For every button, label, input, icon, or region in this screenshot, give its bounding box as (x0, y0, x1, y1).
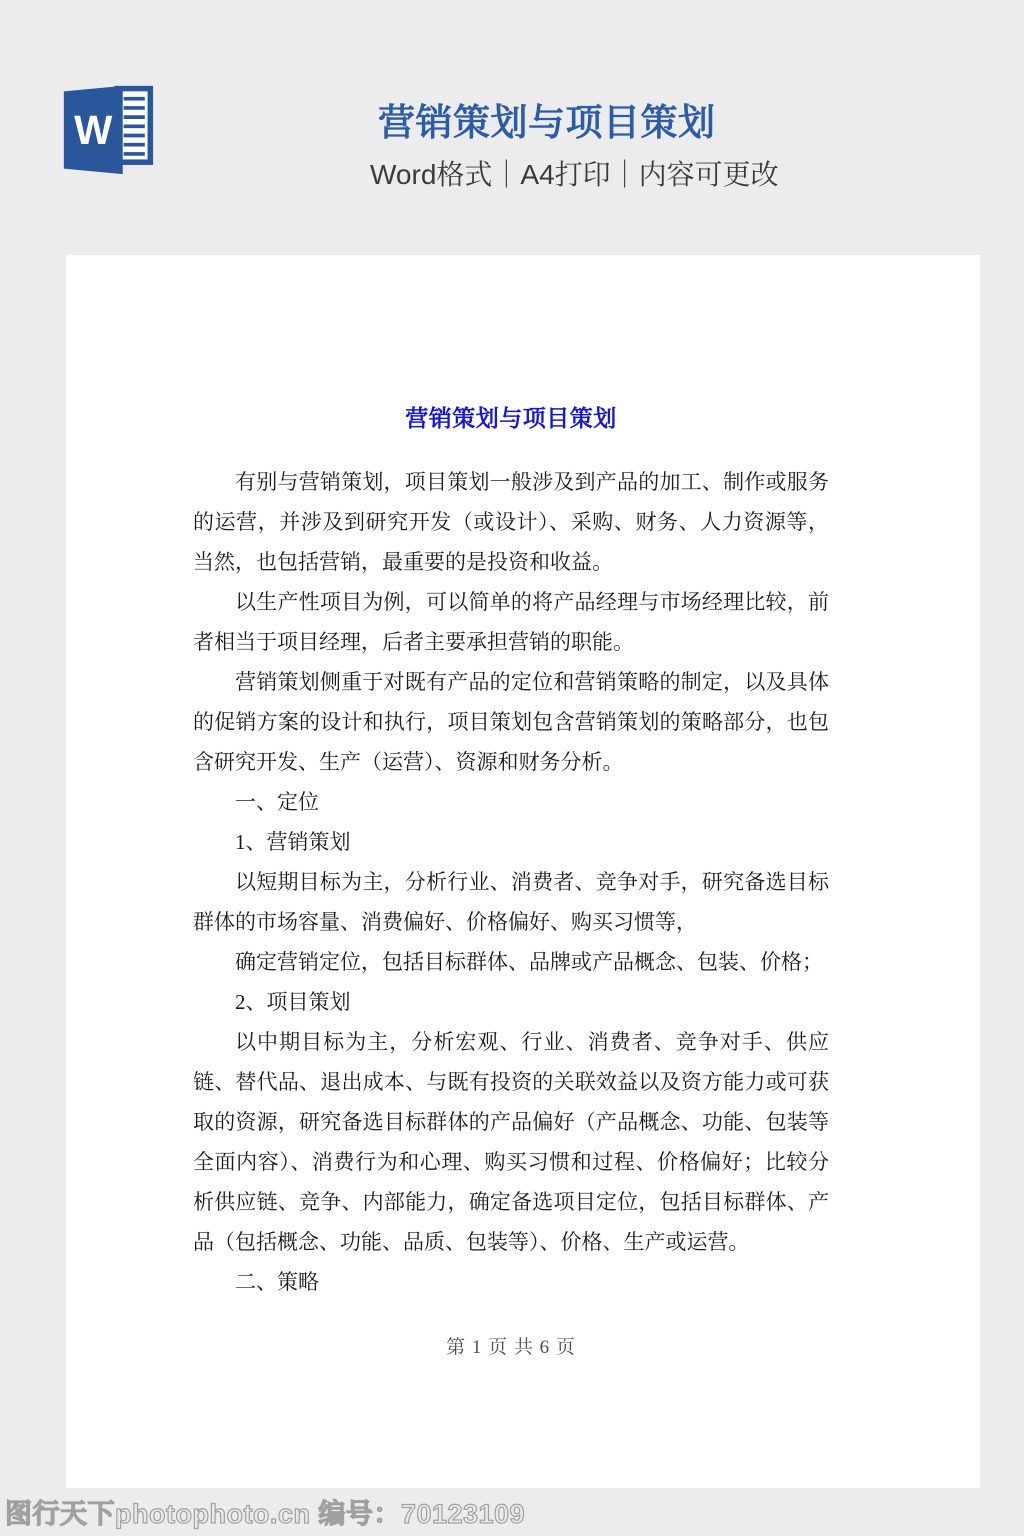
doc-line: 的运营，并涉及到研究开发（或设计）、采购、财务、人力资源等， (193, 502, 829, 542)
doc-line: 一、定位 (193, 782, 829, 822)
doc-line: 品（包括概念、功能、品质、包装等）、价格、生产或运营。 (193, 1222, 829, 1262)
word-icon-letter: W (74, 107, 113, 153)
doc-line: 营销策划侧重于对既有产品的定位和营销策略的制定，以及具体 (193, 662, 829, 702)
doc-line: 以中期目标为主，分析宏观、行业、消费者、竞争对手、供应 (193, 1022, 829, 1062)
template-title: 营销策划与项目策划 (378, 92, 716, 146)
watermark: 图行天下photophoto.cn 编号：70123109 (5, 1492, 525, 1531)
doc-line: 当然，也包括营销，最重要的是投资和收益。 (193, 542, 829, 582)
doc-line: 以短期目标为主，分析行业、消费者、竞争对手，研究备选目标 (193, 862, 829, 902)
template-subtitle: Word格式｜A4打印｜内容可更改 (370, 153, 779, 193)
document-page: 营销策划与项目策划 有别与营销策划，项目策划一般涉及到产品的加工、制作或服务的运… (66, 255, 980, 1488)
page-background: W 营销策划与项目策划 Word格式｜A4打印｜内容可更改 营销策划与项目策划 … (0, 0, 1024, 1536)
document-title: 营销策划与项目策划 (193, 405, 829, 433)
doc-line: 有别与营销策划，项目策划一般涉及到产品的加工、制作或服务 (193, 462, 829, 502)
doc-line: 以生产性项目为例，可以简单的将产品经理与市场经理比较，前 (193, 582, 829, 622)
doc-line: 二、策略 (193, 1262, 829, 1302)
doc-line: 确定营销定位，包括目标群体、品牌或产品概念、包装、价格； (193, 942, 829, 982)
doc-line: 析供应链、竞争、内部能力，确定备选项目定位，包括目标群体、产 (193, 1182, 829, 1222)
doc-line: 取的资源，研究备选目标群体的产品偏好（产品概念、功能、包装等 (193, 1102, 829, 1142)
doc-line: 1、营销策划 (193, 822, 829, 862)
doc-line: 的促销方案的设计和执行，项目策划包含营销策划的策略部分，也包 (193, 702, 829, 742)
page-number: 第 1 页 共 6 页 (193, 1334, 829, 1361)
word-file-icon: W (62, 84, 154, 176)
document-body: 有别与营销策划，项目策划一般涉及到产品的加工、制作或服务的运营，并涉及到研究开发… (193, 462, 829, 1302)
doc-line: 含研究开发、生产（运营）、资源和财务分析。 (193, 742, 829, 782)
doc-line: 2、项目策划 (193, 982, 829, 1022)
doc-line: 全面内容）、消费行为和心理、购买习惯和过程、价格偏好；比较分 (193, 1142, 829, 1182)
doc-line: 者相当于项目经理，后者主要承担营销的职能。 (193, 622, 829, 662)
doc-line: 链、替代品、退出成本、与既有投资的关联效益以及资方能力或可获 (193, 1062, 829, 1102)
doc-line: 群体的市场容量、消费偏好、价格偏好、购买习惯等， (193, 902, 829, 942)
